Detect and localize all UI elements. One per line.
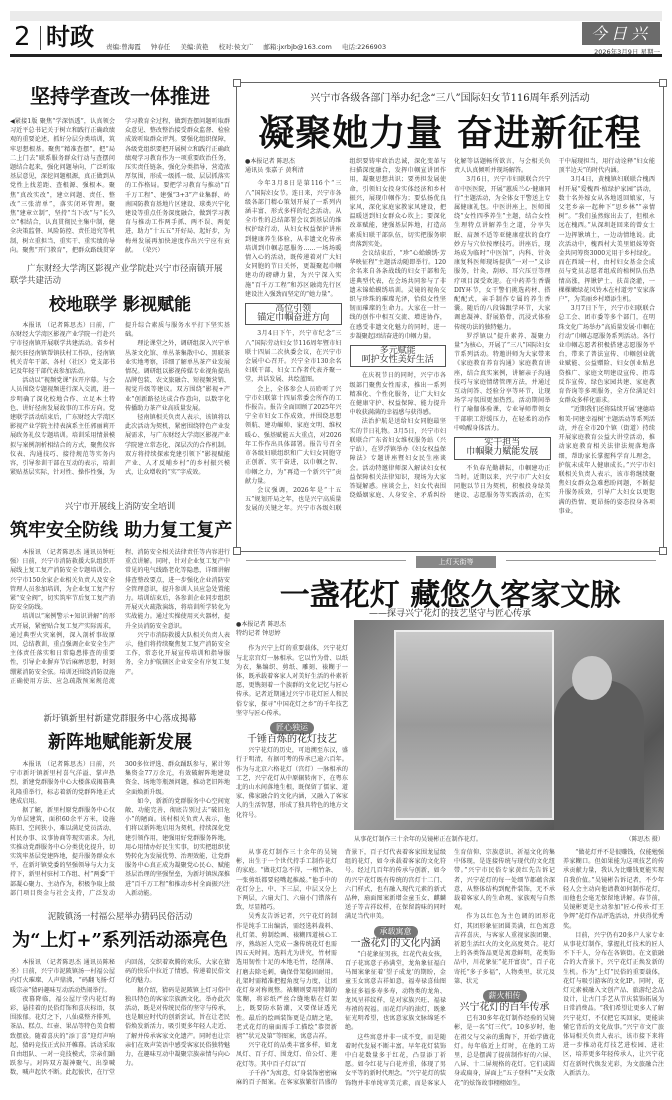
- byline: ●本报记者 陈思杰 特约记者 钟思婷: [236, 620, 348, 638]
- article-body: 本报讯 （记者陈思杰 通讯员钟旺强）日前，兴宁市消防救援大队组织开展线上复工复产…: [10, 548, 230, 688]
- paragraph: 本报讯 （记者陈思杰 通讯员钟旺强）日前，兴宁市消防救援大队组织开展线上复工复产…: [10, 548, 115, 612]
- paragraph: 径南镇相关负责人表示，该镇将以此次活动为契机，紧密围绕特色产业发展需求，与广东财…: [125, 413, 230, 477]
- womens-day-feature: 兴宁市各级各部门举办纪念“三八”国际妇女节116周年系列活动 凝聚她力量 奋进新…: [236, 82, 664, 552]
- masthead-divider: [40, 26, 41, 50]
- feature-headline: 凝聚她力量 奋进新征程: [237, 105, 663, 156]
- decorative-rule: [246, 560, 406, 561]
- paragraph: 作为以红色为主色调的团形花灯，其团形象征团圆美满，红色寓意吉祥喜庆，与客家人重视…: [454, 912, 555, 986]
- subhead-label: 承载寓意: [374, 926, 418, 938]
- craftsman-body: [554, 680, 644, 830]
- paragraph: 吴秀友告诉记者，兴宁花灯的制作是纯手工出编活，需经选料裁料、扎灯架、剪制绘画、裱…: [236, 912, 337, 1041]
- craftsman-head: [572, 656, 612, 700]
- frame-corner: [233, 547, 241, 555]
- paragraph: 据介绍，猜码是泥陂镇上灯习俗中独具特色的客家宗族酒文化。举办此次活动，既是对传统…: [125, 986, 230, 1069]
- paragraph: 本报讯 （记者陈思杰 通讯员陈秘圣）日前，兴宁市泥陂镇汤一村福公屋内灯火璀璨、人…: [10, 958, 115, 995]
- paragraph: “近期我们还将陆续开展‘建德培和美·同建幸福树’主题活动等系列活动，并在全市20…: [559, 405, 656, 515]
- subhead: 承载寓意 一盏花灯的文化内涵: [345, 926, 446, 948]
- article-school-local: 广东财经大学湾区影视产业学院赴兴宁市径南镇开展联学共建活动 校地联学 影视赋能 …: [10, 262, 230, 511]
- page-number: 2: [14, 24, 31, 50]
- editor-credits: 责编:曾海霞 钟春任 美编:黄艳 校对:侯文广 邮箱:jxrbjb@163.co…: [106, 42, 394, 51]
- byline-line: ●本报记者 陈思杰: [245, 157, 342, 166]
- byline-line: ●本报记者 陈思杰: [236, 620, 348, 629]
- subhead-title: 巾帼聚力赋能发展: [455, 448, 550, 457]
- caption-text: 从事花灯制作三十余年的吴镜彬正在制作花灯。: [354, 836, 482, 843]
- paragraph: 理论课堂之外，调研组深入兴宁单丛茶文化馆、单丛茶集散中心、黑联茶业实地考察，详细…: [125, 339, 230, 413]
- article-headline: 坚持学查改一体推进: [10, 80, 230, 109]
- paragraph: 会议结束后，“珍”心蛤蟆绣·芳华映征程”主题活动随即举行。120余名来自各条战线…: [350, 249, 447, 341]
- editor-credit: 美编:黄艳: [180, 43, 208, 51]
- paragraph: 3月4日下午，兴宁市纪念“三八”国际劳动妇女节116周年暨市妇联十四届二次执委会…: [245, 329, 342, 384]
- paragraph: 3月7日下午，兴宁市妇联联合总工会、团市委等多个部门，在明珠文化广场举办“高质量…: [559, 304, 656, 405]
- editor-credit: 责编:曾海霞: [106, 43, 141, 51]
- lantern-subtitle: ——探寻兴宁花灯的技艺坚守与匠心传承: [236, 606, 664, 619]
- feature-kicker: 兴宁市各级各部门举办纪念“三八”国际妇女节116周年系列活动: [237, 89, 663, 104]
- lantern-feature: 上灯天街等 一盏花灯 藏悠久客家文脉 ——探寻兴宁花灯的技艺坚守与匠心传承 ●本…: [236, 556, 664, 1096]
- paragraph: 在庆祝节日的同时，兴宁市各级部门聚焦女性需求，推出一系列精准化、个性化服务，让广…: [350, 371, 447, 417]
- series-logo: 上灯天街等: [416, 556, 496, 568]
- feature-body: ●本报记者 陈思杰 通讯员 张嘉子 黄利清 今年3月8日是第116个“三八”国际…: [245, 157, 655, 543]
- paragraph: 兴宁花灯的历史，可追溯至东汉，盛行于明清，有据可考的传承已逾六百年。作为与北京六…: [236, 746, 348, 820]
- subhead: 匠心独运 千锤百炼的花灯技艺: [236, 722, 348, 744]
- subhead: 多元赋能 呵护女性美好生活: [350, 345, 447, 367]
- article-fire-safety: 兴宁市开展线上消防安全培训 筑牢安全防线 助力复工复产 本报讯 （记者陈思杰 通…: [10, 500, 230, 688]
- article-headline: 校地联学 影视赋能: [10, 290, 230, 315]
- subhead-label: 匠心独运: [270, 722, 314, 734]
- editor-email: 邮箱:jxrbjb@163.com: [263, 43, 331, 51]
- paragraph: 本报讯 （记者陈思杰）日前，兴宁市新圩镇新里村喜气洋溢、掌声热烈，新建党群服务中…: [10, 760, 115, 806]
- article-kicker: 泥陂镇汤一村福公屋举办猜码民俗活动: [10, 910, 230, 922]
- byline: ●本报记者 陈思杰 通讯员 张嘉子 黄利清: [245, 157, 342, 175]
- paragraph: 已有30多年花灯制作经验的吴镜彬，是一名“灯三代”。10多岁时，他在祖父与父亲的…: [454, 1014, 555, 1088]
- byline-line: 特约记者 钟思婷: [236, 629, 348, 638]
- subhead-title: 锚定巾帼奋进方向: [246, 314, 341, 323]
- frame-corner: [659, 547, 667, 555]
- article-body: ◀紧接1版 聚焦“学深悟透”，认真领会习近平总书记关于树立和践行正确政绩观的重要…: [10, 117, 230, 267]
- paragraph: 本报讯 （记者陈思杰）日前，广东财经大学湾区影视产业学院一行赴兴宁市径南镇开展联…: [10, 321, 115, 376]
- photo-credit: （陈思杰 摄）: [626, 834, 665, 843]
- article-party-center: 新圩镇新里村新建党群服务中心落成揭幕 新阵地赋能新发展 本报讯 （记者陈思杰）日…: [10, 712, 230, 936]
- paragraph: 从事花灯制作三十余年的吴镜彬，出生于一个世代持手工制作花灯的家庭。“做花灯急不得…: [236, 848, 337, 912]
- editor-phone: 电话:2266903: [342, 43, 386, 51]
- editor-credit: 钟春任: [151, 43, 171, 51]
- masthead: 2 时政 责编:曾海霞 钟春任 美编:黄艳 校对:侯文广 邮箱:jxrbjb@1…: [10, 22, 662, 52]
- subhead: 薪火相传 兴宁花灯的百年传承: [454, 990, 555, 1012]
- article-folk-game: 泥陂镇汤一村福公屋举办猜码民俗活动 为“上灯+”系列活动添亮色 本报讯 （记者陈…: [10, 910, 230, 1100]
- paragraph: 兴宁市消防救援大队相关负责人表示，他们将持续聚焦复工复产消防安全工作，常态化开展…: [125, 631, 230, 677]
- article-kicker: 兴宁市开展线上消防安全培训: [10, 500, 230, 512]
- byline-line: 通讯员 张嘉子 黄利清: [245, 166, 342, 175]
- paragraph: 作为兴宁上灯的重要载体，兴宁花灯与北京宫灯一脉相承。它以竹为骨、以纸为衣，集编织…: [236, 644, 348, 718]
- subhead-title: 一盏花灯的文化内涵: [345, 939, 446, 948]
- paragraph: 会上，全体参会人员聆听了兴宁市妇联第十四届常委会所作的工作报告。报告全面回顾了2…: [245, 385, 342, 486]
- paragraph: “白花象征男孩，红花代表女孩，百子花寓意子孙满堂，龙角象征福白马图案象征着‘望子…: [345, 950, 446, 1033]
- lantern-shape: [394, 630, 554, 820]
- lantern-body: 从事花灯制作三十余年的吴镜彬，出生于一个世代持手工制作花灯的家庭。“做花灯急不得…: [236, 848, 664, 1094]
- frame-corner: [233, 79, 241, 87]
- paragraph: 3月6日，兴宁市妇联联合兴宁市中医医院，开展“蕙质兰心·健康同行”主题活动，为全…: [454, 175, 551, 331]
- paragraph: 罗浮镇以“提升素养、凝聚力量”为核心，开展了“三八”国际妇女节系列活动。特邀讲师…: [454, 332, 551, 433]
- article-kicker: 广东财经大学湾区影视产业学院赴兴宁市径南镇开展联学共建活动: [10, 262, 230, 286]
- decorative-rule: [506, 560, 656, 561]
- subhead-title: 呵护女性美好生活: [351, 356, 446, 365]
- paragraph: 今年3月8日是第116个“三八”国际妇女节。连日来，兴宁市各级各部门精心策划开展…: [245, 179, 342, 299]
- article-kicker: 新圩镇新里村新建党群服务中心落成揭幕: [10, 712, 230, 724]
- paragraph: 3月4日，黄槐镇妇联联合槐西村开展“爱槐西·植绿护家园”活动，数十名外嫁女从各地…: [559, 175, 656, 304]
- paragraph: 如今，新新的党群服务中心空间宽敞、功能完善，彻底告别过去“破旧危小”的陋面。该村…: [125, 797, 230, 898]
- paragraph: ◀紧接1版 聚焦“学深悟透”，认真领会习近平总书记关于树立和践行正确政绩观的重要…: [10, 117, 230, 255]
- paragraph: 目前，兴宁仍有20多户人家专业从事花灯制作，掌握扎灯技术的匠人不下千人，分布在各…: [563, 931, 664, 1078]
- masthead-rule: [10, 54, 662, 57]
- article-body: 本报讯 （记者陈思杰 通讯员陈秘圣）日前，兴宁市泥陂镇汤一村福公屋内灯火璀璨、人…: [10, 958, 230, 1100]
- frame-corner: [659, 79, 667, 87]
- top-gray-bar: [10, 11, 662, 21]
- editor-credit: 校对:侯文广: [219, 43, 254, 51]
- article-headline: 筑牢安全防线 助力复工复产: [10, 516, 230, 542]
- subhead: 高位引领 锚定巾帼奋进方向: [245, 303, 342, 325]
- subhead: 实干担当 巾帼聚力赋能发展: [454, 437, 551, 459]
- article-study-education: 坚持学查改一体推进 ◀紧接1版 聚焦“学深悟透”，认真领会习近平总书记关于树立和…: [10, 80, 230, 267]
- lantern-maker-photo: [354, 620, 664, 830]
- newspaper-logo: 今日兴宁: [582, 22, 660, 45]
- article-headline: 为“上灯+”系列活动添亮色: [10, 926, 230, 952]
- article-headline: 新阵地赋能新发展: [10, 728, 230, 754]
- subhead-title: 千锤百炼的花灯技艺: [236, 735, 348, 744]
- section-title: 时政: [46, 24, 94, 50]
- lantern-intro-column: ●本报记者 陈思杰 特约记者 钟思婷 作为兴宁上灯的重要载体，兴宁花灯与北京宫灯…: [236, 620, 348, 846]
- subhead-label: 薪火相传: [483, 990, 527, 1002]
- article-body: 本报讯 （记者陈思杰）日前，广东财经大学湾区影视产业学院一行赴兴宁市径南镇开展联…: [10, 321, 230, 511]
- paragraph: 兴宁花灯的品类丰富多样，如龙凤灯、百子灯、围龙灯、伯公灯、莲花灯等。其中百子灯以…: [236, 1041, 337, 1069]
- subhead-title: 兴宁花灯的百年传承: [454, 1003, 555, 1012]
- photo-caption: 从事花灯制作三十余年的吴镜彬正在制作花灯。 （陈思杰 摄）: [354, 834, 664, 843]
- paragraph: “做花灯并不是很赚钱，仅能勉强养家糊口。但如果能为这项技艺的传承贡献力量，我认为…: [563, 848, 664, 931]
